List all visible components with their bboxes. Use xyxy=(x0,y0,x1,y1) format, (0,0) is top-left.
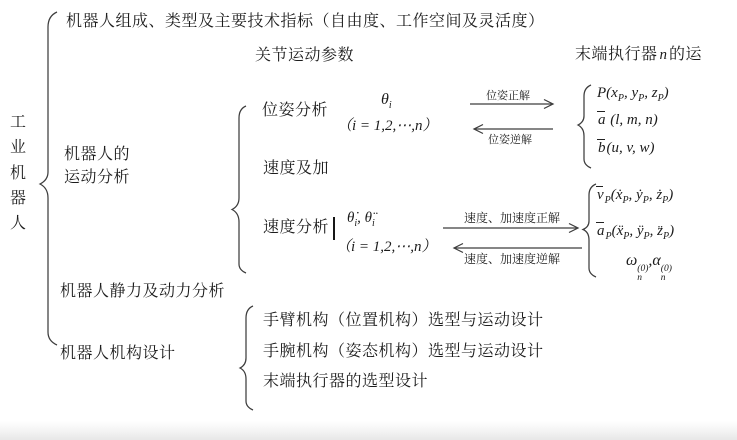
header-joint-motion-params[interactable]: 关节运动参数 xyxy=(255,47,354,65)
alpha-scripts: (0)n xyxy=(661,265,672,283)
formula-vector-b[interactable]: b(u, v, w) xyxy=(597,139,655,157)
formula-vector-a[interactable]: a (l, m, n) xyxy=(597,111,658,129)
page-bottom-edge xyxy=(0,421,737,440)
item-arm-mechanism[interactable]: 手臂机构（位置机构）选型与运动设计 xyxy=(263,312,544,330)
root-label-char: 工 xyxy=(7,110,29,135)
text-cursor xyxy=(333,217,335,240)
mechanism-design-brace[interactable] xyxy=(240,306,253,410)
branch-motion-analysis-line1: 机器人的 xyxy=(64,144,130,167)
header-end-effector-suffix: 的运 xyxy=(669,46,702,63)
label-pose-inverse-solution[interactable]: 位姿逆解 xyxy=(488,131,532,149)
root-label-industrial-robot[interactable]: 工 业 机 器 人 xyxy=(7,110,29,236)
item-velocity-analysis-line2[interactable]: 速度分析 xyxy=(263,219,329,237)
item-velocity-analysis-line1[interactable]: 速度及加 xyxy=(263,160,329,178)
branch-motion-analysis-line2: 运动分析 xyxy=(64,167,130,190)
label-pose-forward-solution[interactable]: 位姿正解 xyxy=(486,87,530,105)
omega-symbol: ω xyxy=(626,252,637,269)
omega-sub: n xyxy=(637,274,648,283)
root-label-char: 业 xyxy=(7,135,29,160)
velocity-formula-brace[interactable] xyxy=(583,184,596,277)
motion-analysis-brace[interactable] xyxy=(232,106,246,273)
root-brace[interactable] xyxy=(40,12,57,345)
label-velocity-inverse-solution[interactable]: 速度、加速度逆解 xyxy=(464,250,560,268)
header-end-effector-var: n xyxy=(660,47,668,63)
pose-formula-brace[interactable] xyxy=(578,85,591,168)
root-label-char: 人 xyxy=(7,211,29,236)
branch-mechanism-design[interactable]: 机器人机构设计 xyxy=(60,345,176,363)
formula-theta[interactable]: θi xyxy=(381,91,392,115)
alpha-symbol: α xyxy=(652,252,660,269)
item-wrist-mechanism[interactable]: 手腕机构（姿态机构）选型与运动设计 xyxy=(263,343,544,361)
alpha-sub: n xyxy=(661,274,672,283)
root-label-char: 器 xyxy=(7,186,29,211)
formula-range-1[interactable]: （i = 1,2,⋯,n） xyxy=(337,117,438,135)
item-end-effector-selection[interactable]: 末端执行器的选型设计 xyxy=(263,373,428,391)
formula-omega-alpha[interactable]: ω(0)n,α(0)n xyxy=(626,252,672,283)
formula-acceleration-aP[interactable]: aP(ẍP, ÿP, z̈P) xyxy=(596,222,674,246)
branch-statics-dynamics[interactable]: 机器人静力及动力分析 xyxy=(60,283,225,301)
item-pose-analysis[interactable]: 位姿分析 xyxy=(262,102,328,120)
label-velocity-forward-solution[interactable]: 速度、加速度正解 xyxy=(464,209,560,227)
formula-velocity-vP[interactable]: vP(ẋP, ẏP, żP) xyxy=(596,186,673,210)
branch-motion-analysis[interactable]: 机器人的 运动分析 xyxy=(64,144,130,189)
branch-composition[interactable]: 机器人组成、类型及主要技术指标（自由度、工作空间及灵活度） xyxy=(66,13,545,31)
formula-range-2[interactable]: （i = 1,2,⋯,n） xyxy=(336,238,437,256)
header-end-effector-prefix: 末端执行器 xyxy=(575,46,658,63)
formula-theta-derivatives[interactable]: θ̇i, θ̈i xyxy=(347,209,375,233)
header-end-effector[interactable]: 末端执行器n的运 xyxy=(575,46,702,64)
root-label-char: 机 xyxy=(7,161,29,186)
formula-position-P[interactable]: P(xP, yP, zP) xyxy=(597,84,669,108)
omega-scripts: (0)n xyxy=(637,265,648,283)
document-page: 工 业 机 器 人 机器人组成、类型及主要技术指标（自由度、工作空间及灵活度） … xyxy=(0,0,737,440)
